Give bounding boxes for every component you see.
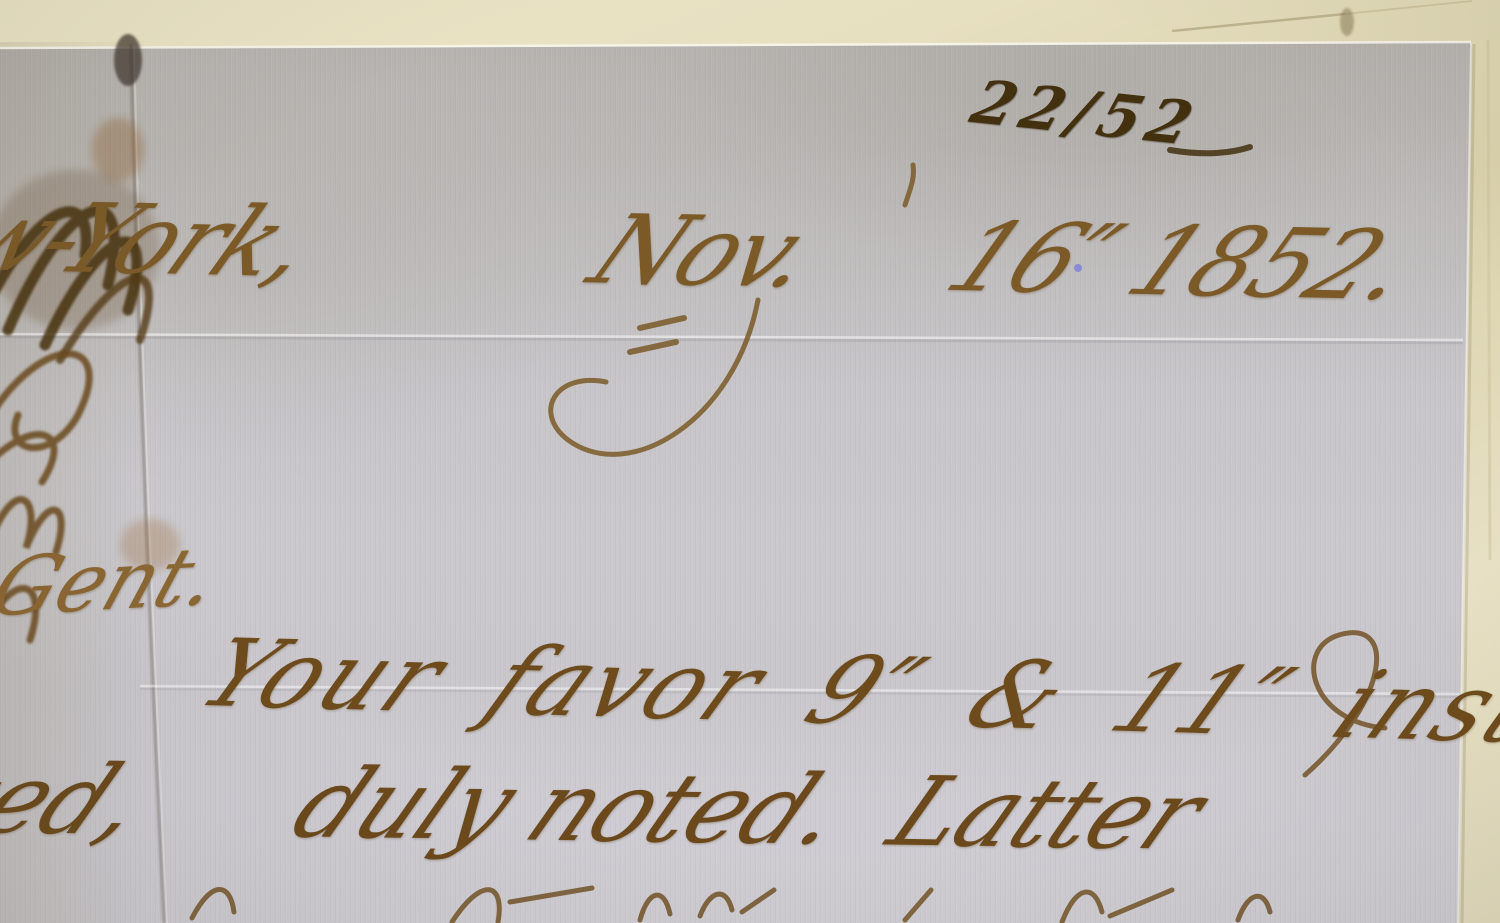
letter-photograph: 22/52 New-York,Nov.16″ 1852. Gent. Your … — [0, 0, 1500, 923]
body-line-2-left-fragment: uted, — [0, 742, 166, 857]
body-line-2: uted,duly noted.Latter — [0, 742, 1223, 871]
body-line-2-middle: duly noted. — [275, 748, 866, 867]
dateline-month: Nov. — [572, 194, 836, 309]
salutation: Gent. — [0, 528, 232, 634]
dateline-city: New-York, — [0, 178, 334, 299]
body-line-2-end: Latter — [872, 756, 1223, 871]
dateline-day-year: 16″ 1852. — [929, 202, 1431, 322]
